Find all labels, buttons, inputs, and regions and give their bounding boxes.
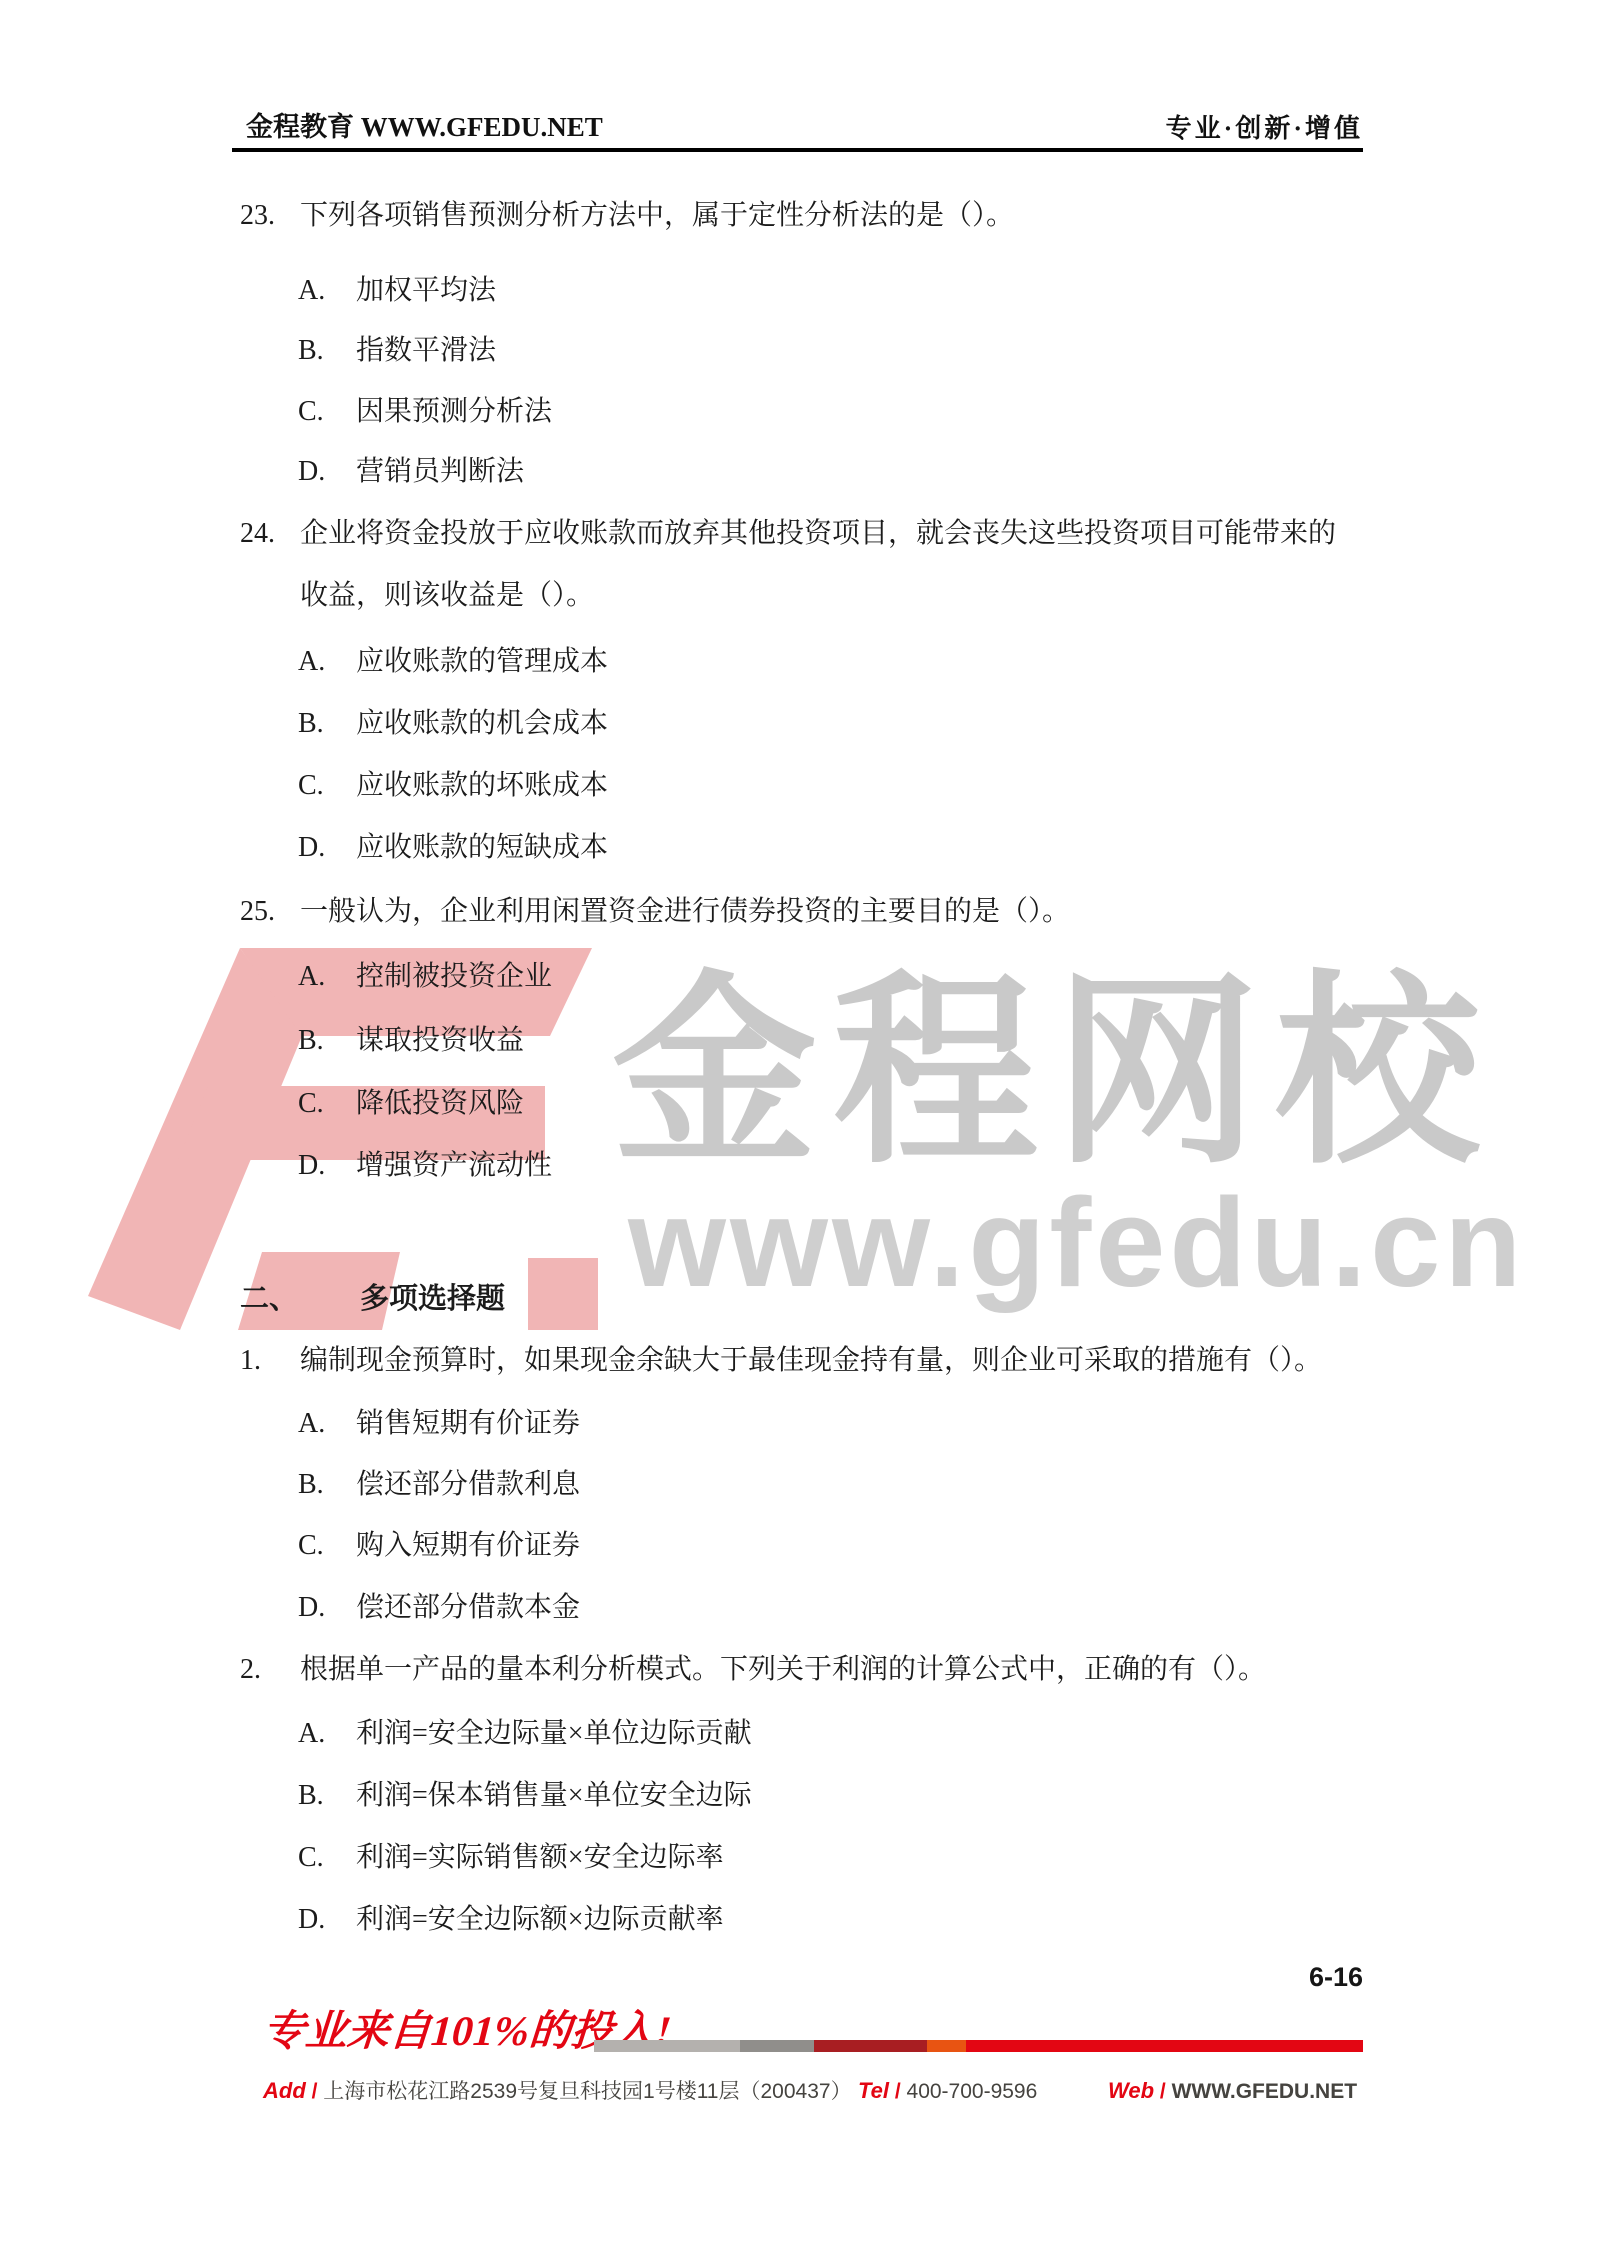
option-label: A. (298, 1703, 356, 1765)
tel-separator: / (895, 2080, 901, 2103)
page-content: 金程教育 WWW.GFEDU.NET 专业·创新·增值 23. 下列各项销售预测… (0, 0, 1600, 2263)
option-row: B. 偿还部分借款利息 (298, 1454, 1363, 1516)
footer-address: Add / 上海市松花江路2539号复旦科技园1号楼11层（200437） (263, 2076, 852, 2107)
option-label: C. (298, 1827, 356, 1889)
option-label: D. (298, 1135, 356, 1197)
question-25: 25. 一般认为，企业利用闲置资金进行债券投资的主要目的是（）。 (240, 881, 1363, 943)
section-heading: 二、 多项选择题 (240, 1268, 505, 1330)
option-text: 增强资产流动性 (356, 1135, 1363, 1197)
question-text: 编制现金预算时，如果现金余缺大于最佳现金持有量，则企业可采取的措施有（）。 (300, 1330, 1363, 1392)
address-text: 上海市松花江路2539号复旦科技园1号楼11层（200437） (323, 2080, 851, 2103)
option-text: 购入短期有价证券 (356, 1515, 1363, 1577)
option-label: B. (298, 1454, 356, 1516)
option-row: D. 应收账款的短缺成本 (298, 817, 1363, 879)
option-label: D. (298, 817, 356, 879)
option-text: 应收账款的管理成本 (356, 631, 1363, 693)
option-text: 因果预测分析法 (356, 381, 1363, 443)
option-text: 谋取投资收益 (356, 1010, 1363, 1072)
question-text: 企业将资金投放于应收账款而放弃其他投资项目，就会丧失这些投资项目可能带来的收益，… (300, 503, 1363, 627)
option-text: 偿还部分借款本金 (356, 1577, 1363, 1639)
question-text: 一般认为，企业利用闲置资金进行债券投资的主要目的是（）。 (300, 881, 1363, 943)
option-text: 营销员判断法 (356, 441, 1363, 503)
option-text: 应收账款的机会成本 (356, 693, 1363, 755)
web-separator: / (1160, 2080, 1166, 2103)
option-text: 利润=安全边际额×边际贡献率 (356, 1889, 1363, 1951)
web-url: WWW.GFEDU.NET (1172, 2080, 1357, 2103)
option-label: D. (298, 1577, 356, 1639)
bar-segment-lightgray (594, 2040, 740, 2052)
option-row: C. 购入短期有价证券 (298, 1515, 1363, 1577)
tel-number: 400-700-9596 (907, 2080, 1038, 2103)
section-title: 多项选择题 (360, 1268, 505, 1330)
option-row: B. 指数平滑法 (298, 320, 1363, 382)
option-label: B. (298, 320, 356, 382)
option-row: A. 利润=安全边际量×单位边际贡献 (298, 1703, 1363, 1765)
page-number: 6-16 (1309, 1962, 1363, 1993)
section-number: 二、 (240, 1268, 360, 1330)
option-row: D. 利润=安全边际额×边际贡献率 (298, 1889, 1363, 1951)
option-row: B. 谋取投资收益 (298, 1010, 1363, 1072)
question-number: 24. (240, 503, 300, 565)
question-text: 根据单一产品的量本利分析模式。下列关于利润的计算公式中，正确的有（）。 (300, 1639, 1363, 1701)
option-text: 销售短期有价证券 (356, 1393, 1363, 1455)
header-rule (232, 148, 1363, 152)
option-text: 加权平均法 (356, 260, 1363, 322)
question-number: 23. (240, 185, 300, 247)
option-label: A. (298, 1393, 356, 1455)
option-row: C. 因果预测分析法 (298, 381, 1363, 443)
question-23: 23. 下列各项销售预测分析方法中，属于定性分析法的是（）。 (240, 185, 1363, 247)
option-label: A. (298, 631, 356, 693)
option-row: D. 偿还部分借款本金 (298, 1577, 1363, 1639)
option-row: A. 应收账款的管理成本 (298, 631, 1363, 693)
question-number: 25. (240, 881, 300, 943)
option-text: 利润=实际销售额×安全边际率 (356, 1827, 1363, 1889)
option-text: 利润=保本销售量×单位安全边际 (356, 1765, 1363, 1827)
bar-segment-maroon (814, 2040, 927, 2052)
option-text: 偿还部分借款利息 (356, 1454, 1363, 1516)
option-label: B. (298, 1010, 356, 1072)
option-row: D. 营销员判断法 (298, 441, 1363, 503)
option-text: 降低投资风险 (356, 1073, 1363, 1135)
option-row: A. 加权平均法 (298, 260, 1363, 322)
address-separator: / (312, 2080, 318, 2103)
option-label: C. (298, 381, 356, 443)
document-page: 金程网校 www.gfedu.cn 金程教育 WWW.GFEDU.NET 专业·… (0, 0, 1600, 2263)
option-text: 应收账款的坏账成本 (356, 755, 1363, 817)
header-slogan: 专业·创新·增值 (1166, 112, 1363, 146)
question-24: 24. 企业将资金投放于应收账款而放弃其他投资项目，就会丧失这些投资项目可能带来… (240, 503, 1363, 627)
option-label: A. (298, 946, 356, 1008)
question-m2: 2. 根据单一产品的量本利分析模式。下列关于利润的计算公式中，正确的有（）。 (240, 1639, 1363, 1701)
question-number: 2. (240, 1639, 300, 1701)
address-label: Add (263, 2078, 306, 2103)
header-brand: 金程教育 WWW.GFEDU.NET (246, 110, 603, 144)
tel-label: Tel (858, 2078, 889, 2103)
bar-segment-red (966, 2040, 1363, 2052)
option-label: A. (298, 260, 356, 322)
option-label: C. (298, 755, 356, 817)
bar-segment-orange (927, 2040, 966, 2052)
web-label: Web (1108, 2078, 1154, 2103)
option-row: C. 降低投资风险 (298, 1073, 1363, 1135)
option-text: 应收账款的短缺成本 (356, 817, 1363, 879)
option-row: D. 增强资产流动性 (298, 1135, 1363, 1197)
option-label: B. (298, 1765, 356, 1827)
option-text: 指数平滑法 (356, 320, 1363, 382)
option-row: C. 利润=实际销售额×安全边际率 (298, 1827, 1363, 1889)
question-m1: 1. 编制现金预算时，如果现金余缺大于最佳现金持有量，则企业可采取的措施有（）。 (240, 1330, 1363, 1392)
option-row: A. 控制被投资企业 (298, 946, 1363, 1008)
option-label: D. (298, 441, 356, 503)
footer-tel: Tel / 400-700-9596 (858, 2076, 1037, 2107)
footer-bar (594, 2040, 1363, 2052)
option-label: B. (298, 693, 356, 755)
option-label: C. (298, 1515, 356, 1577)
option-label: C. (298, 1073, 356, 1135)
option-label: D. (298, 1889, 356, 1951)
option-row: C. 应收账款的坏账成本 (298, 755, 1363, 817)
option-text: 控制被投资企业 (356, 946, 1363, 1008)
option-text: 利润=安全边际量×单位边际贡献 (356, 1703, 1363, 1765)
footer-web: Web / WWW.GFEDU.NET (1108, 2076, 1357, 2107)
option-row: B. 利润=保本销售量×单位安全边际 (298, 1765, 1363, 1827)
question-text: 下列各项销售预测分析方法中，属于定性分析法的是（）。 (300, 185, 1363, 247)
question-number: 1. (240, 1330, 300, 1392)
option-row: B. 应收账款的机会成本 (298, 693, 1363, 755)
bar-segment-gray (740, 2040, 814, 2052)
option-row: A. 销售短期有价证券 (298, 1393, 1363, 1455)
